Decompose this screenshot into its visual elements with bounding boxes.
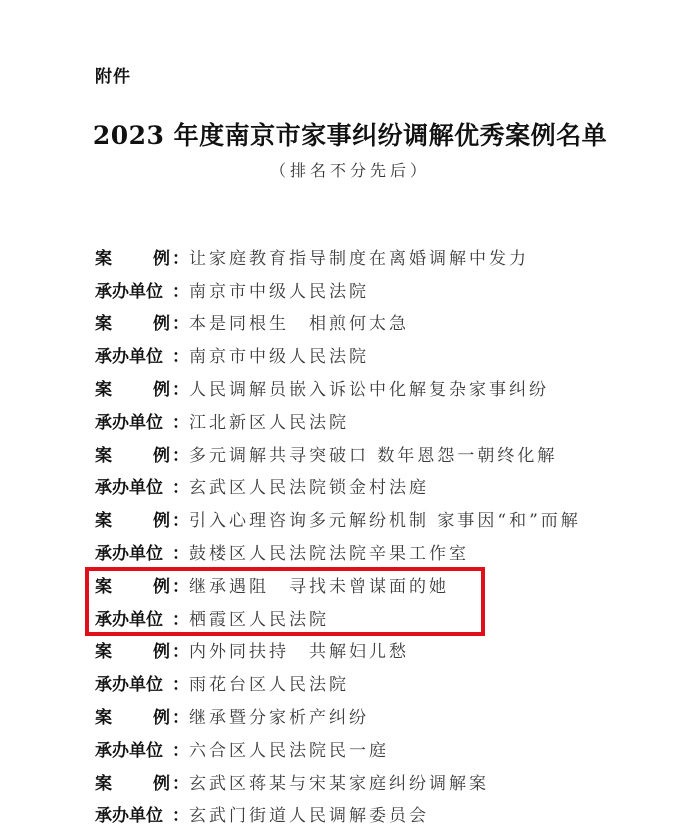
case-label: 案例： bbox=[95, 309, 189, 334]
case-label: 案例： bbox=[95, 506, 189, 531]
case-title: 继承遇阻 寻找未曾谋面的她 bbox=[189, 572, 449, 597]
unit-row: 承办单位： 南京市中级人民法院 bbox=[95, 273, 655, 306]
case-label: 案例： bbox=[95, 375, 189, 400]
unit-name: 玄武区人民法院锁金村法庭 bbox=[189, 473, 429, 498]
unit-name: 栖霞区人民法院 bbox=[189, 605, 329, 630]
unit-name: 六合区人民法院民一庭 bbox=[189, 736, 389, 761]
unit-name: 雨花台区人民法院 bbox=[189, 670, 349, 695]
unit-row: 承办单位： 玄武门街道人民调解委员会 bbox=[95, 798, 655, 831]
document-subtitle: （排名不分先后） bbox=[0, 158, 700, 181]
unit-label: 承办单位： bbox=[95, 801, 189, 826]
case-row: 案例： 玄武区蒋某与宋某家庭纠纷调解案 bbox=[95, 765, 655, 798]
case-row: 案例： 让家庭教育指导制度在离婚调解中发力 bbox=[95, 240, 655, 273]
case-row: 案例： 人民调解员嵌入诉讼中化解复杂家事纠纷 bbox=[95, 371, 655, 404]
unit-row: 承办单位： 雨花台区人民法院 bbox=[95, 666, 655, 699]
case-title: 人民调解员嵌入诉讼中化解复杂家事纠纷 bbox=[189, 375, 549, 400]
case-label: 案例： bbox=[95, 244, 189, 269]
case-title: 继承暨分家析产纠纷 bbox=[189, 703, 369, 728]
unit-name: 南京市中级人民法院 bbox=[189, 342, 369, 367]
unit-label: 承办单位： bbox=[95, 342, 189, 367]
case-list: 案例： 让家庭教育指导制度在离婚调解中发力 承办单位： 南京市中级人民法院 案例… bbox=[95, 240, 655, 830]
unit-row: 承办单位： 六合区人民法院民一庭 bbox=[95, 732, 655, 765]
case-title: 引入心理咨询多元解纷机制 家事因“和”而解 bbox=[189, 506, 581, 531]
unit-name: 江北新区人民法院 bbox=[189, 408, 349, 433]
unit-label: 承办单位： bbox=[95, 670, 189, 695]
unit-row: 承办单位： 江北新区人民法院 bbox=[95, 404, 655, 437]
unit-label: 承办单位： bbox=[95, 277, 189, 302]
document-title: 2023 年度南京市家事纠纷调解优秀案例名单 bbox=[0, 116, 700, 152]
unit-name: 南京市中级人民法院 bbox=[189, 277, 369, 302]
case-label: 案例： bbox=[95, 637, 189, 662]
case-title: 多元调解共寻突破口 数年恩怨一朝终化解 bbox=[189, 441, 557, 466]
unit-name: 鼓楼区人民法院法院辛果工作室 bbox=[189, 539, 469, 564]
unit-row-highlighted: 承办单位： 栖霞区人民法院 bbox=[95, 601, 655, 634]
case-label: 案例： bbox=[95, 572, 189, 597]
unit-label: 承办单位： bbox=[95, 605, 189, 630]
case-row: 案例： 继承暨分家析产纠纷 bbox=[95, 699, 655, 732]
unit-label: 承办单位： bbox=[95, 736, 189, 761]
unit-row: 承办单位： 鼓楼区人民法院法院辛果工作室 bbox=[95, 535, 655, 568]
unit-label: 承办单位： bbox=[95, 408, 189, 433]
case-row: 案例： 本是同根生 相煎何太急 bbox=[95, 306, 655, 339]
case-row: 案例： 内外同扶持 共解妇儿愁 bbox=[95, 634, 655, 667]
unit-row: 承办单位： 玄武区人民法院锁金村法庭 bbox=[95, 470, 655, 503]
case-label: 案例： bbox=[95, 441, 189, 466]
case-row: 案例： 多元调解共寻突破口 数年恩怨一朝终化解 bbox=[95, 437, 655, 470]
unit-label: 承办单位： bbox=[95, 539, 189, 564]
unit-name: 玄武门街道人民调解委员会 bbox=[189, 801, 429, 826]
case-row: 案例： 引入心理咨询多元解纷机制 家事因“和”而解 bbox=[95, 502, 655, 535]
case-title: 让家庭教育指导制度在离婚调解中发力 bbox=[189, 244, 529, 269]
case-title: 玄武区蒋某与宋某家庭纠纷调解案 bbox=[189, 769, 489, 794]
case-label: 案例： bbox=[95, 769, 189, 794]
attachment-label: 附件 bbox=[95, 62, 131, 87]
unit-row: 承办单位： 南京市中级人民法院 bbox=[95, 338, 655, 371]
case-title: 本是同根生 相煎何太急 bbox=[189, 309, 409, 334]
case-label: 案例： bbox=[95, 703, 189, 728]
case-title: 内外同扶持 共解妇儿愁 bbox=[189, 637, 409, 662]
unit-label: 承办单位： bbox=[95, 473, 189, 498]
case-row-highlighted: 案例： 继承遇阻 寻找未曾谋面的她 bbox=[95, 568, 655, 601]
